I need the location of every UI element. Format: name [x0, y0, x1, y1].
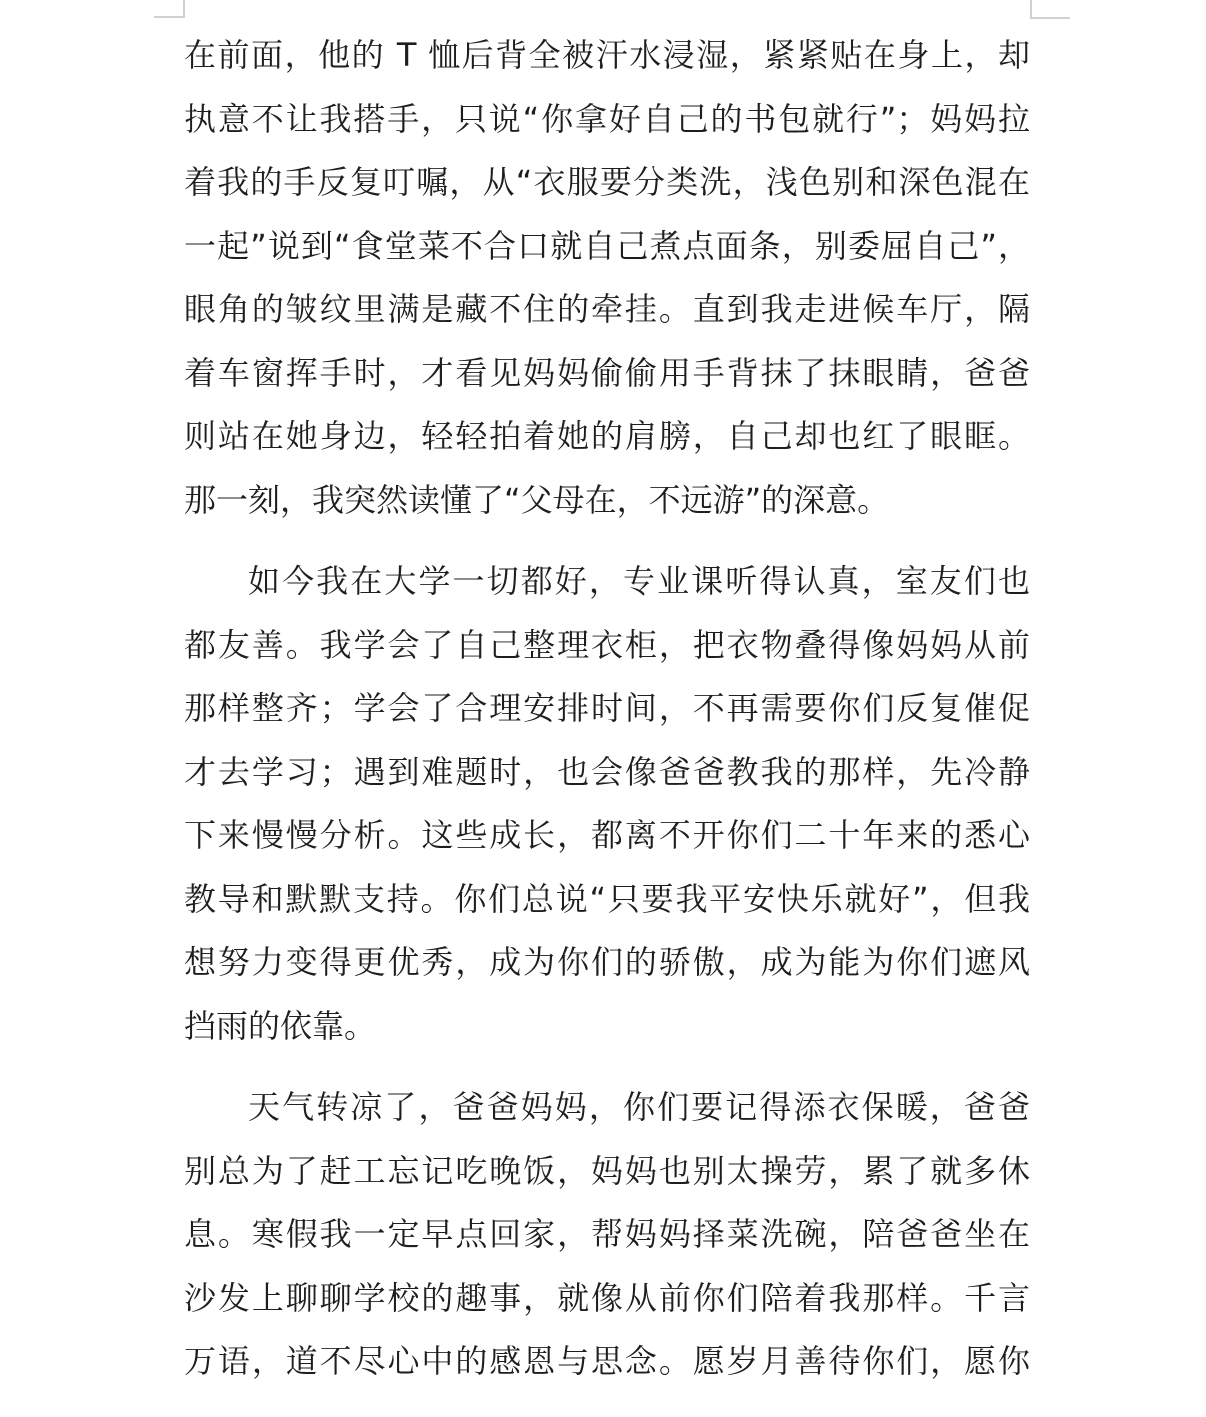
- text-line: 教导和默默支持。你们总说“只要我平安快乐就好”，但我: [184, 868, 1030, 932]
- text-line: 想努力变得更优秀，成为你们的骄傲，成为能为你们遮风: [184, 931, 1030, 995]
- text-line: 挡雨的依靠。: [184, 995, 1030, 1059]
- text-line: 天气转凉了，爸爸妈妈，你们要记得添衣保暖，爸爸: [184, 1076, 1030, 1140]
- text-line: 别总为了赶工忘记吃晚饭，妈妈也别太操劳，累了就多休: [184, 1140, 1030, 1204]
- letter-body: 在前面，他的 T 恤后背全被汗水浸湿，紧紧贴在身上，却执意不让我搭手，只说“你拿…: [184, 24, 1030, 1394]
- text-line: 才去学习；遇到难题时，也会像爸爸教我的那样，先冷静: [184, 741, 1030, 805]
- text-line: 着我的手反复叮嘱，从“衣服要分类洗，浅色别和深色混在: [184, 151, 1030, 215]
- paragraph: 如今我在大学一切都好，专业课听得认真，室友们也都友善。我学会了自己整理衣柜，把衣…: [184, 550, 1030, 1058]
- text-line: 如今我在大学一切都好，专业课听得认真，室友们也: [184, 550, 1030, 614]
- text-line: 着车窗挥手时，才看见妈妈偷偷用手背抹了抹眼睛，爸爸: [184, 342, 1030, 406]
- text-line: 在前面，他的 T 恤后背全被汗水浸湿，紧紧贴在身上，却: [184, 24, 1030, 88]
- text-line: 沙发上聊聊学校的趣事，就像从前你们陪着我那样。千言: [184, 1267, 1030, 1331]
- paragraph: 在前面，他的 T 恤后背全被汗水浸湿，紧紧贴在身上，却执意不让我搭手，只说“你拿…: [184, 24, 1030, 532]
- text-line: 下来慢慢分析。这些成长，都离不开你们二十年来的悉心: [184, 804, 1030, 868]
- text-line: 一起”说到“食堂菜不合口就自己煮点面条，别委屈自己”，: [184, 215, 1030, 279]
- text-line: 眼角的皱纹里满是藏不住的牵挂。直到我走进候车厅，隔: [184, 278, 1030, 342]
- text-line: 那一刻，我突然读懂了“父母在，不远游”的深意。: [184, 469, 1030, 533]
- text-line: 万语，道不尽心中的感恩与思念。愿岁月善待你们，愿你: [184, 1330, 1030, 1394]
- document-page: 在前面，他的 T 恤后背全被汗水浸湿，紧紧贴在身上，却执意不让我搭手，只说“你拿…: [0, 0, 1206, 1417]
- text-line: 都友善。我学会了自己整理衣柜，把衣物叠得像妈妈从前: [184, 614, 1030, 678]
- text-line: 则站在她身边，轻轻拍着她的肩膀，自己却也红了眼眶。: [184, 405, 1030, 469]
- margin-mark-horizontal: [1030, 17, 1070, 19]
- text-line: 执意不让我搭手，只说“你拿好自己的书包就行”；妈妈拉: [184, 88, 1030, 152]
- paragraph: 天气转凉了，爸爸妈妈，你们要记得添衣保暖，爸爸别总为了赶工忘记吃晚饭，妈妈也别太…: [184, 1076, 1030, 1394]
- margin-mark-horizontal: [154, 16, 185, 18]
- text-line: 那样整齐；学会了合理安排时间，不再需要你们反复催促: [184, 677, 1030, 741]
- text-line: 息。寒假我一定早点回家，帮妈妈择菜洗碗，陪爸爸坐在: [184, 1203, 1030, 1267]
